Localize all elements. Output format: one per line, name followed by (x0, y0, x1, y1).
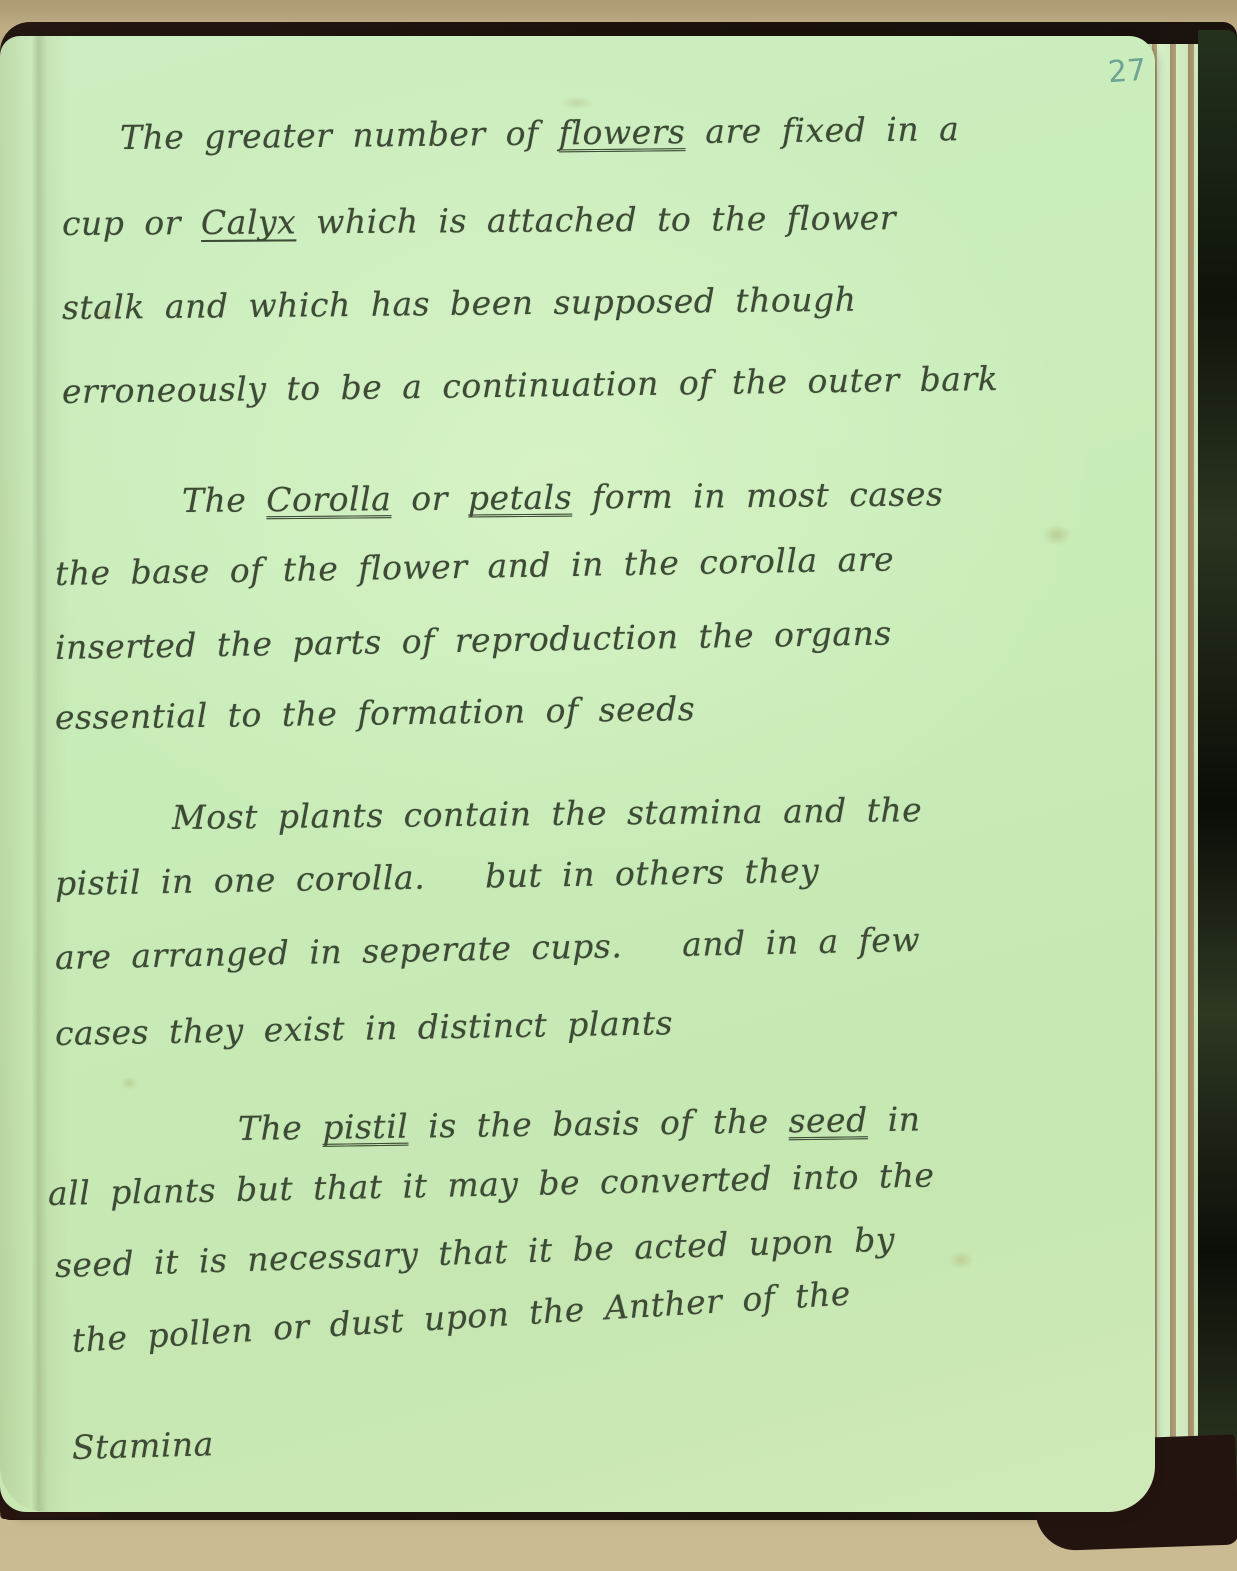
handwritten-line: the pollen or dust upon the Anther of th… (71, 1273, 852, 1360)
underlined-term-pistil: pistil (322, 1107, 409, 1147)
handwritten-line: Stamina (71, 1424, 214, 1467)
handwritten-text: inserted the parts of reproduction the o… (55, 613, 892, 667)
handwritten-text: Stamina (71, 1424, 214, 1467)
handwritten-text: essential to the formation of seeds (55, 689, 696, 737)
handwritten-text: The (182, 480, 267, 520)
handwritten-line: The pistil is the basis of the seed in (238, 1099, 921, 1148)
underlined-term-calyx: Calyx (201, 202, 297, 242)
handwritten-line: erroneously to be a continuation of the … (62, 359, 999, 412)
foxing-spot (560, 96, 594, 110)
handwritten-line: essential to the formation of seeds (55, 689, 696, 738)
handwritten-line: stalk and which has been supposed though (62, 280, 857, 328)
foxing-spot (948, 1251, 974, 1269)
foxing-spot (1042, 524, 1072, 546)
foxing-spot (120, 1076, 138, 1090)
handwritten-line: seed it is necessary that it be acted up… (54, 1220, 895, 1286)
handwritten-text: the base of the flower and in the coroll… (55, 539, 895, 593)
underlined-term-corolla: Corolla (266, 479, 391, 519)
handwritten-line: cases they exist in distinct plants (55, 1003, 674, 1053)
manuscript-page: 27 The greater number of flowers are fix… (0, 36, 1155, 1512)
handwritten-text: cases they exist in distinct plants (55, 1003, 674, 1053)
gutter-crease (0, 36, 70, 1512)
handwritten-text: The (238, 1108, 323, 1148)
underlined-term-flowers: flowers (559, 112, 686, 152)
handwritten-line: pistil in one corolla. but in others the… (55, 851, 820, 904)
handwritten-line: the base of the flower and in the coroll… (55, 539, 895, 593)
handwritten-line: Most plants contain the stamina and the (172, 790, 923, 837)
handwritten-text: stalk and which has been supposed though (62, 280, 857, 327)
handwritten-line: cup or Calyx which is attached to the fl… (62, 198, 896, 243)
underlined-term-seed: seed (788, 1100, 868, 1140)
handwritten-text: Most plants contain the stamina and the (172, 790, 923, 837)
handwritten-text: cup or (62, 203, 201, 243)
handwritten-text: are fixed in a (685, 109, 959, 151)
handwritten-text: are arranged in seperate cups. and in a … (55, 920, 921, 977)
handwritten-text: in (867, 1099, 920, 1139)
handwritten-line: inserted the parts of reproduction the o… (55, 613, 892, 667)
book-cover-marbled-edge (1198, 30, 1237, 1520)
handwritten-text: The greater number of (120, 113, 559, 157)
page-number: 27 (1107, 53, 1148, 91)
underlined-term-petals: petals (468, 478, 572, 518)
handwritten-line: The greater number of flowers are fixed … (120, 109, 960, 157)
handwritten-text: the pollen or dust upon the Anther of th… (71, 1273, 852, 1360)
handwritten-text: erroneously to be a continuation of the … (62, 359, 999, 411)
handwritten-text: all plants but that it may be converted … (48, 1155, 935, 1213)
handwritten-text: or (391, 479, 468, 519)
handwritten-text: pistil in one corolla. but in others the… (55, 851, 820, 903)
handwritten-text: seed it is necessary that it be acted up… (54, 1220, 895, 1285)
handwritten-line: all plants but that it may be converted … (48, 1155, 935, 1213)
handwritten-text: form in most cases (572, 474, 944, 516)
manuscript-photograph: 27 The greater number of flowers are fix… (0, 0, 1237, 1571)
handwritten-text: which is attached to the flower (296, 198, 896, 241)
handwritten-line: are arranged in seperate cups. and in a … (55, 920, 921, 978)
handwritten-line: The Corolla or petals form in most cases (182, 474, 944, 520)
handwritten-text: is the basis of the (408, 1101, 789, 1145)
